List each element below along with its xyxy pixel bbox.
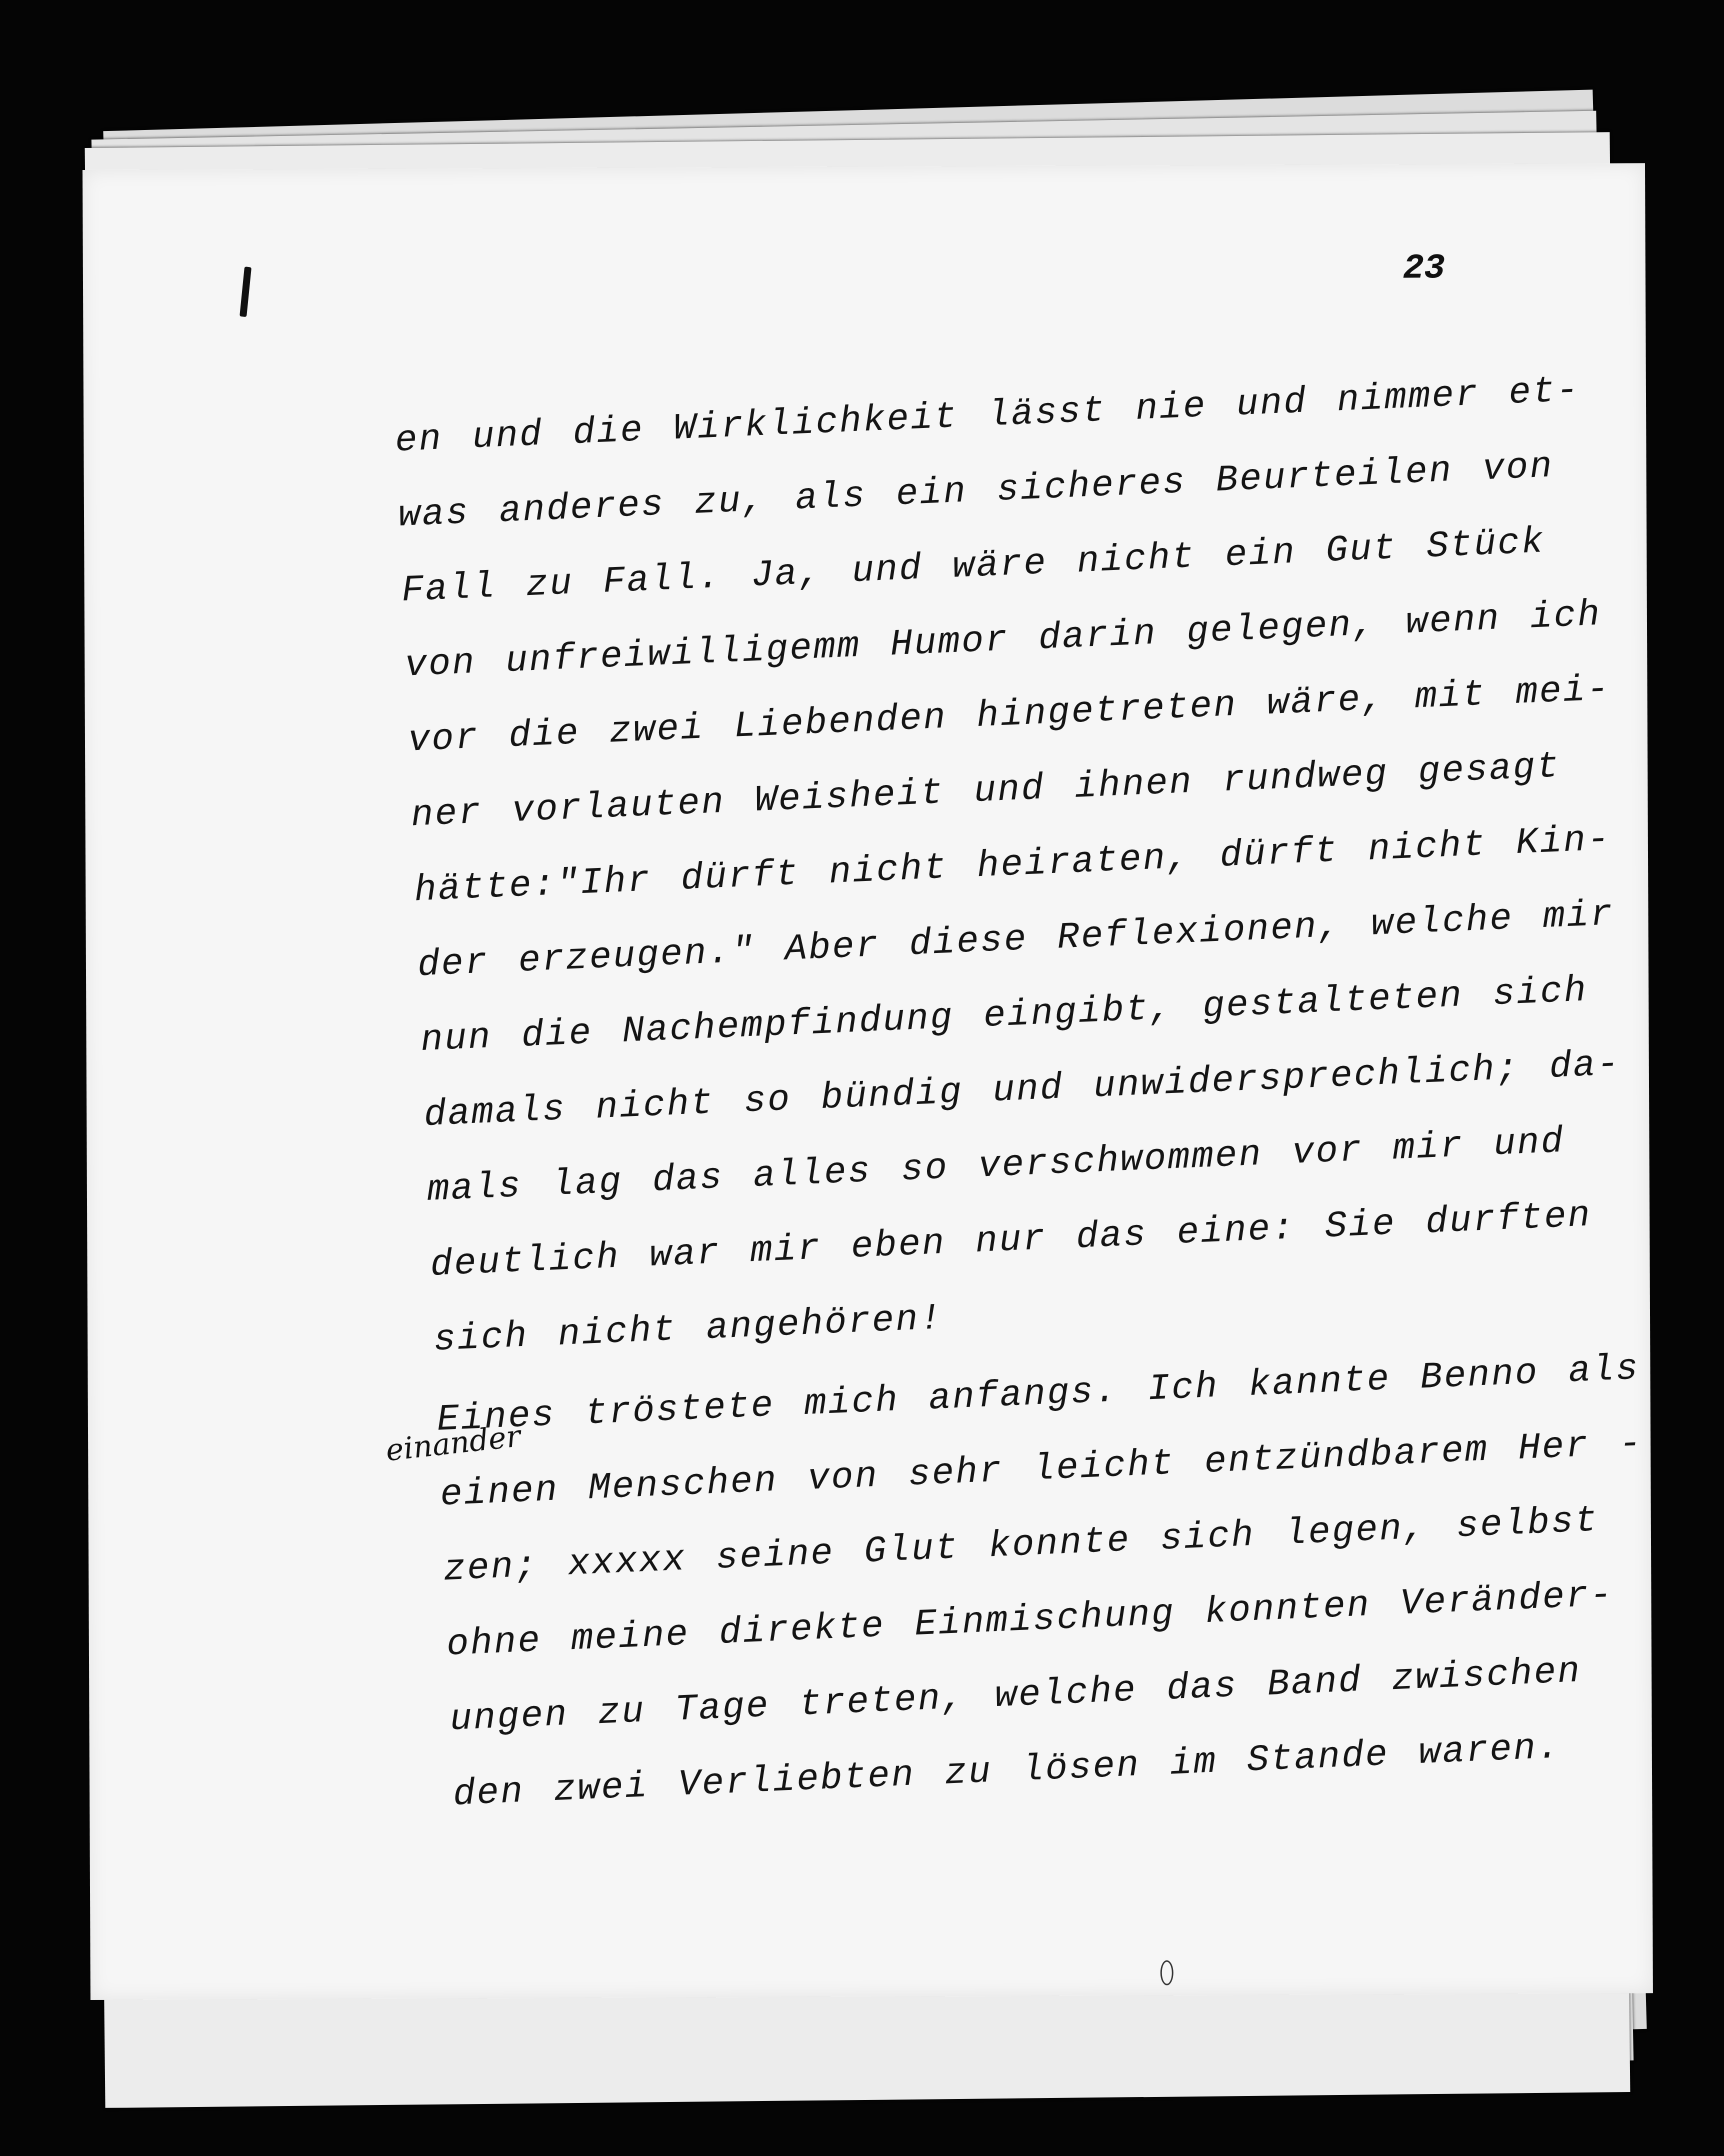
- typewritten-page: 23 einander en und die Wirklichkeit läss…: [82, 163, 1653, 2000]
- margin-mark: [239, 266, 251, 317]
- body-text: en und die Wirklichkeit lässt nie und ni…: [393, 350, 1703, 1832]
- page-number: 23: [1403, 249, 1445, 288]
- punch-hole-mark: [1160, 1960, 1173, 1985]
